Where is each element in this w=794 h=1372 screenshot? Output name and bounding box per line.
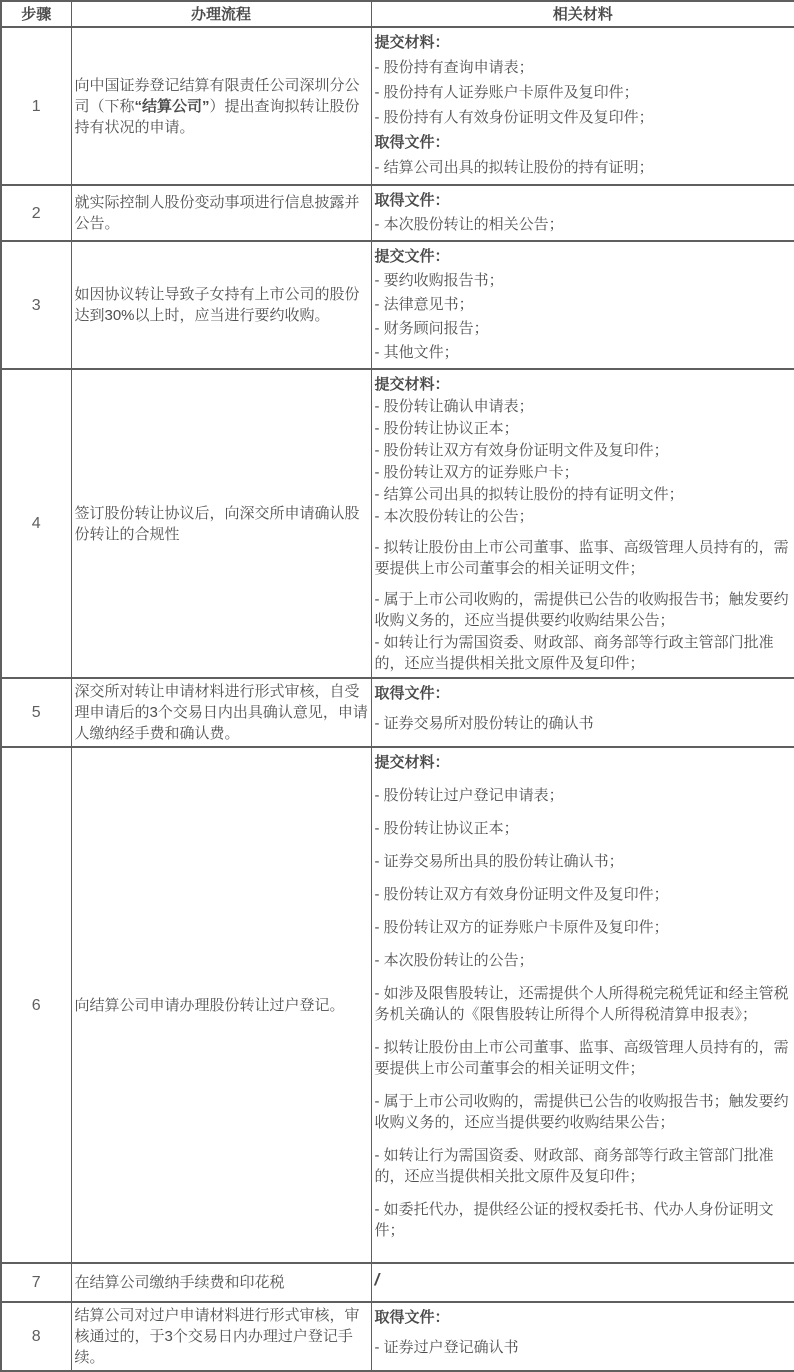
materials-item: - 股份转让双方有效身份证明文件及复印件； [375, 884, 791, 905]
materials-cell: 取得文件：- 证券过户登记确认书 [371, 1302, 794, 1371]
materials-section-heading: / [375, 1269, 791, 1290]
process-text: 就实际控制人股份变动事项进行信息披露并公告。 [75, 194, 360, 232]
materials-item: - 属于上市公司收购的，需提供已公告的收购报告书；触发要约收购义务的，还应当提供… [375, 589, 791, 631]
materials-item: - 证券交易所出具的股份转让确认书； [375, 851, 791, 872]
materials-section-heading: 提交材料： [375, 752, 791, 773]
materials-item: - 证券交易所对股份转让的确认书 [375, 713, 791, 734]
process-text: 在结算公司缴纳手续费和印花税 [75, 1274, 285, 1291]
table-row: 7在结算公司缴纳手续费和印花税/ [1, 1263, 794, 1302]
step-number: 4 [1, 369, 71, 678]
process-cell: 签订股份转让协议后，向深交所申请确认股份转让的合规性 [71, 369, 371, 678]
materials-section-heading: 提交文件： [375, 246, 791, 267]
process-text-bold: “结算公司” [135, 98, 210, 115]
materials-cell: 提交文件：- 要约收购报告书；- 法律意见书；- 财务顾问报告；- 其他文件； [371, 241, 794, 369]
materials-item: - 股份转让过户登记申请表； [375, 785, 791, 806]
table-body: 1向中国证券登记结算有限责任公司深圳分公司（下称“结算公司”）提出查询拟转让股份… [1, 27, 794, 1371]
materials-section-heading: 提交材料： [375, 374, 791, 395]
materials-cell: / [371, 1263, 794, 1302]
materials-item: - 股份转让确认申请表； [375, 396, 791, 417]
materials-item: - 股份持有查询申请表； [375, 57, 791, 78]
process-text: 如因协议转让导致子女持有上市公司的股份达到30%以上时，应当进行要约收购。 [75, 286, 360, 324]
process-cell: 就实际控制人股份变动事项进行信息披露并公告。 [71, 185, 371, 241]
materials-section-heading: 取得文件： [375, 1307, 791, 1328]
materials-item: - 证券过户登记确认书 [375, 1337, 791, 1358]
materials-item: - 如转让行为需国资委、财政部、商务部等行政主管部门批准的，还应当提供相关批文原… [375, 632, 791, 674]
step-number: 6 [1, 747, 71, 1263]
materials-cell: 提交材料：- 股份转让确认申请表；- 股份转让协议正本；- 股份转让双方有效身份… [371, 369, 794, 678]
materials-item: - 股份转让双方的证券账户卡； [375, 462, 791, 483]
page: 步骤 办理流程 相关材料 1向中国证券登记结算有限责任公司深圳分公司（下称“结算… [0, 0, 794, 1372]
process-cell: 在结算公司缴纳手续费和印花税 [71, 1263, 371, 1302]
header-process: 办理流程 [71, 1, 371, 27]
header-materials: 相关材料 [371, 1, 794, 27]
materials-item: - 股份持有人证券账户卡原件及复印件； [375, 82, 791, 103]
materials-item: - 股份转让双方的证券账户卡原件及复印件； [375, 917, 791, 938]
step-number: 7 [1, 1263, 71, 1302]
procedure-table: 步骤 办理流程 相关材料 1向中国证券登记结算有限责任公司深圳分公司（下称“结算… [0, 0, 794, 1372]
table-header-row: 步骤 办理流程 相关材料 [1, 1, 794, 27]
process-cell: 向中国证券登记结算有限责任公司深圳分公司（下称“结算公司”）提出查询拟转让股份持… [71, 27, 371, 185]
step-number: 5 [1, 678, 71, 747]
process-text: 深交所对转让申请材料进行形式审核，自受理申请后的3个交易日内出具确认意见，申请人… [75, 683, 368, 742]
materials-section-heading: 取得文件： [375, 190, 791, 211]
materials-item: - 其他文件； [375, 342, 791, 363]
process-cell: 结算公司对过户申请材料进行形式审核，审核通过的，于3个交易日内办理过户登记手续。 [71, 1302, 371, 1371]
process-text: 结算公司对过户申请材料进行形式审核，审核通过的，于3个交易日内办理过户登记手续。 [75, 1307, 360, 1366]
materials-item: - 结算公司出具的拟转让股份的持有证明文件； [375, 484, 791, 505]
materials-item: - 财务顾问报告； [375, 318, 791, 339]
process-text: 签订股份转让协议后，向深交所申请确认股份转让的合规性 [75, 505, 360, 543]
step-number: 8 [1, 1302, 71, 1371]
process-text: 向结算公司申请办理股份转让过户登记。 [75, 997, 345, 1014]
materials-item: - 股份持有人有效身份证明文件及复印件； [375, 107, 791, 128]
table-row: 3如因协议转让导致子女持有上市公司的股份达到30%以上时，应当进行要约收购。提交… [1, 241, 794, 369]
materials-cell: 提交材料：- 股份转让过户登记申请表；- 股份转让协议正本；- 证券交易所出具的… [371, 747, 794, 1263]
table-row: 8结算公司对过户申请材料进行形式审核，审核通过的，于3个交易日内办理过户登记手续… [1, 1302, 794, 1371]
materials-item: - 如涉及限售股转让，还需提供个人所得税完税凭证和经主管税务机关确认的《限售股转… [375, 983, 791, 1025]
materials-item: - 如转让行为需国资委、财政部、商务部等行政主管部门批准的，还应当提供相关批文原… [375, 1145, 791, 1187]
materials-item: - 本次股份转让的公告； [375, 506, 791, 527]
materials-cell: 提交材料：- 股份持有查询申请表；- 股份持有人证券账户卡原件及复印件；- 股份… [371, 27, 794, 185]
table-row: 6向结算公司申请办理股份转让过户登记。提交材料：- 股份转让过户登记申请表；- … [1, 747, 794, 1263]
table-row: 4签订股份转让协议后，向深交所申请确认股份转让的合规性提交材料：- 股份转让确认… [1, 369, 794, 678]
materials-item: - 股份转让协议正本； [375, 418, 791, 439]
materials-cell: 取得文件：- 本次股份转让的相关公告； [371, 185, 794, 241]
table-row: 5深交所对转让申请材料进行形式审核，自受理申请后的3个交易日内出具确认意见，申请… [1, 678, 794, 747]
materials-section-heading: 取得文件： [375, 132, 791, 153]
materials-item: - 股份转让双方有效身份证明文件及复印件； [375, 440, 791, 461]
materials-cell: 取得文件：- 证券交易所对股份转让的确认书 [371, 678, 794, 747]
header-step: 步骤 [1, 1, 71, 27]
materials-section-heading: 提交材料： [375, 32, 791, 53]
materials-item: - 结算公司出具的拟转让股份的持有证明； [375, 157, 791, 178]
table-row: 1向中国证券登记结算有限责任公司深圳分公司（下称“结算公司”）提出查询拟转让股份… [1, 27, 794, 185]
materials-item: - 本次股份转让的公告； [375, 950, 791, 971]
materials-item: - 本次股份转让的相关公告； [375, 214, 791, 235]
materials-item: - 属于上市公司收购的，需提供已公告的收购报告书；触发要约收购义务的，还应当提供… [375, 1091, 791, 1133]
process-cell: 深交所对转让申请材料进行形式审核，自受理申请后的3个交易日内出具确认意见，申请人… [71, 678, 371, 747]
materials-item: - 拟转让股份由上市公司董事、监事、高级管理人员持有的，需要提供上市公司董事会的… [375, 1037, 791, 1079]
materials-item: - 要约收购报告书； [375, 270, 791, 291]
materials-item: - 股份转让协议正本； [375, 818, 791, 839]
process-cell: 如因协议转让导致子女持有上市公司的股份达到30%以上时，应当进行要约收购。 [71, 241, 371, 369]
step-number: 1 [1, 27, 71, 185]
process-cell: 向结算公司申请办理股份转让过户登记。 [71, 747, 371, 1263]
step-number: 2 [1, 185, 71, 241]
materials-section-heading: 取得文件： [375, 683, 791, 704]
materials-item: - 法律意见书； [375, 294, 791, 315]
step-number: 3 [1, 241, 71, 369]
materials-item: - 拟转让股份由上市公司董事、监事、高级管理人员持有的，需要提供上市公司董事会的… [375, 537, 791, 579]
materials-item: - 如委托代办，提供经公证的授权委托书、代办人身份证明文件； [375, 1199, 791, 1241]
table-row: 2就实际控制人股份变动事项进行信息披露并公告。取得文件：- 本次股份转让的相关公… [1, 185, 794, 241]
